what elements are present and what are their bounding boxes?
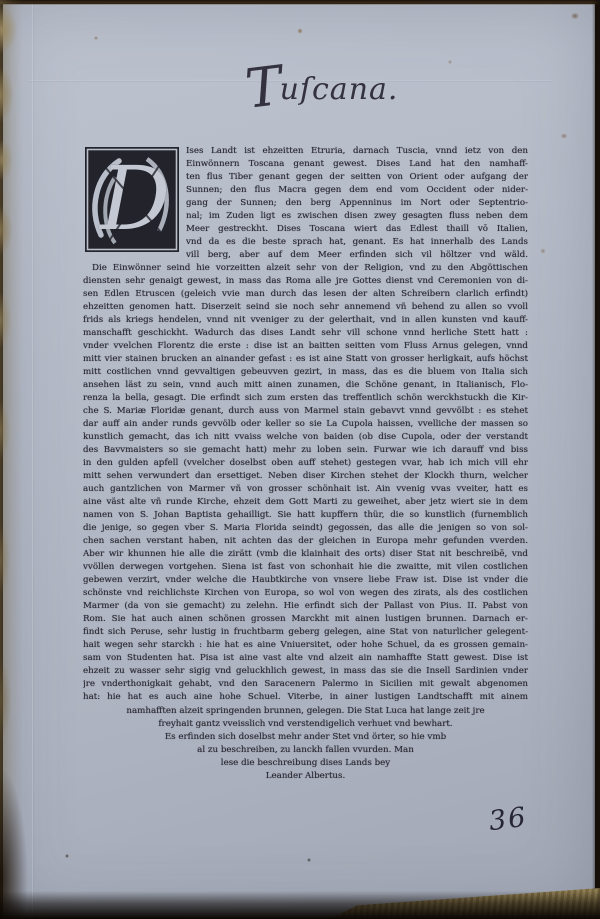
drop-cap-woodcut: D [85,147,179,252]
text-line: Marmer (da von sie gemacht) zu zelehn. H… [83,600,528,613]
text-line: vnd da es die beste sprach hat, genant. … [186,236,528,249]
bottom-shadow [0,891,600,919]
drop-cap-letter: D [98,147,171,250]
text-line: Es erfinden sich doselbst mehr ander Ste… [83,731,528,744]
text-line: che S. Mariæ Floridæ genant, durch auss … [83,405,528,418]
text-line: gebewen verzirt, vnder welche die Haubtk… [83,574,528,587]
text-line: ehzeit zu wasser sehr sigig vnd geluckhl… [83,665,528,678]
text-line: mitt costlichen vnnd gevvaltigen gebeuvv… [83,366,528,379]
text-line: in den gulden apfell (vvelcher doselbst … [83,457,528,470]
text-line: gang der Sunnen; den berg Appenninus im … [186,197,528,210]
text-line: freyhait gantz vveisslich vnd verstendig… [83,718,528,731]
text-line: namhafften alzeit springenden brunnen, g… [83,705,528,718]
paper-crease-vertical [32,4,33,919]
text-line: diensten sehr genaigt gewest, in mass da… [83,275,528,288]
text-line: sen Edlen Etruscen (geleich vvie man dur… [83,288,528,301]
text-line: vill berg, aber auf dem Meer erfinden si… [186,249,528,262]
book-photo: Tuſcana. D Ises Landt ist ehzeitten Etru… [0,0,600,919]
text-line: jre vnderthonigkait gehabt, vnd den Sara… [83,678,528,691]
text-line: Leander Albertus. [83,770,528,783]
text-line: aine väst alte vñ runde Kirche, ehzeit d… [83,496,528,509]
text-line: des Bavvmaisters so sie gemacht hatt) me… [83,444,528,457]
text-line: ten flus Tiber genant gegen der seitten … [186,171,528,184]
text-line: Aber wir khunnen hie alle die zirätt (vm… [83,548,528,561]
text-line: manschafft geschickht. Wadurch das dises… [83,327,528,340]
title-initial-letter: T [242,59,282,117]
text-line: Ises Landt ist ehzeitten Etruria, darnac… [186,145,528,158]
text-line: renza la bella, gesagt. Die erfindt sich… [83,392,528,405]
text-line: die jenige, so gegen vber S. Maria Flori… [83,522,528,535]
text-line: mitt vier stainen brucken an ainander ge… [83,353,528,366]
text-line: kunstlich gemacht, das ich nitt vvaiss w… [83,431,528,444]
text-line: ehzeitten genomen hatt. Diserzeit seind … [83,301,528,314]
text-line: lese die beschreibung dises Lands bey [83,757,528,770]
text-line: findt sich Peruse, sehr lustig in frucht… [83,626,528,639]
text-line: dar auff ain ander runds gevvölb oder ke… [83,418,528,431]
text-block: D Ises Landt ist ehzeitten Etruria, darn… [83,145,528,783]
page-title: Tuſcana. [3,54,595,108]
text-line: auch gantzlichen von Marmer vñ von gross… [83,483,528,496]
text-line: vnder vvelchen Florentz die erste : dise… [83,340,528,353]
text-line: Einwönnern Toscana genant gewest. Dises … [186,158,528,171]
intro-paragraph: Ises Landt ist ehzeitten Etruria, darnac… [186,145,528,262]
text-line: hat: hie hat es auch aine hohe Schuel. V… [83,691,528,704]
text-line: al zu beschreiben, zu lanckh fallen vvur… [83,744,528,757]
book-page: Tuſcana. D Ises Landt ist ehzeitten Etru… [3,4,595,919]
text-line: vvöllen derwegen vortgehen. Siena ist fa… [83,561,528,574]
text-line: frids als kriegs hendelen, vnnd nit vven… [83,314,528,327]
text-line: Sunnen; den flus Macra gegen dem end vom… [186,184,528,197]
text-line: sam von Studenten hat. Pisa ist aine vas… [83,652,528,665]
page-edge-right [592,0,600,919]
text-line: Rom. Sie hat auch ainen schönen grossen … [83,613,528,626]
text-line: nal; im Zuden ligt es zwischen disen zwe… [186,210,528,223]
text-line: schönste vnd reichlichste Kirchen von Eu… [83,587,528,600]
body-paragraph: Die Einwönner seind hie vorzeitten alzei… [83,262,528,704]
text-line: Die Einwönner seind hie vorzeitten alzei… [83,262,528,275]
text-line: namen von S. Johan Baptista gehailligt. … [83,509,528,522]
text-line: ansehen läst zu sein, vnnd auch mitt ain… [83,379,528,392]
folio-number: 36 [487,802,529,837]
text-line: chen sachen verstant haben, nit achten d… [83,535,528,548]
text-line: mitt sehen verwundert dan ersettiget. Ne… [83,470,528,483]
text-line: hait wegen sehr starckh : hie hat es ain… [83,639,528,652]
photo-edge-top [0,0,600,5]
title-text: uſcana. [280,72,399,107]
text-line: Meer gestreckht. Dises Toscana wiert das… [186,223,528,236]
colophon: namhafften alzeit springenden brunnen, g… [83,705,528,783]
drop-cap-svg: D [85,147,179,252]
